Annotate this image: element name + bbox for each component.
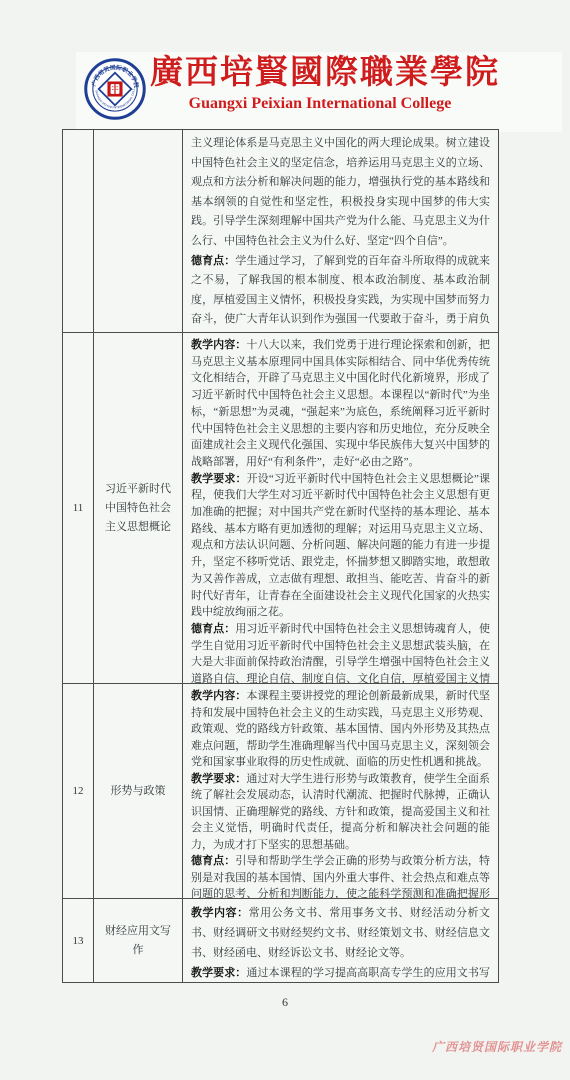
paragraph-label: 教学要求：: [191, 473, 247, 485]
course-description-cell: 教学内容：十八大以来，我们党勇于进行理论探索和创新，把马克思主义基本原理同中国具…: [183, 333, 498, 683]
paragraph-label: 教学要求：: [191, 773, 246, 785]
table-row-13: 13 财经应用文写作 教学内容：常用公务文书、常用事务文书、财经活动分析文书、财…: [63, 898, 498, 982]
course-number-cell: [63, 130, 94, 332]
course-name-cell: 形势与政策: [94, 684, 183, 898]
description-paragraph: 教学要求：开设“习近平新时代中国特色社会主义思想概论”课程，使我们大学生对习近平…: [191, 471, 490, 621]
course-description-cell: 教学内容：本课程主要讲授党的理论创新最新成果，新时代坚持和发展中国特色社会主义的…: [183, 684, 498, 898]
college-title-chinese: 廣西培賢國際職業學院: [150, 52, 490, 94]
description-paragraph: 主义理论体系是马克思主义中国化的两大理论成果。树立建设中国特色社会主义的坚定信念…: [191, 134, 490, 252]
college-logo: 广西培贤国际职业学院 GUANGXI PEIXIAN INTERNATIONAL…: [84, 52, 146, 126]
paragraph-label: 德育点：: [191, 255, 235, 267]
page-number: 6: [0, 995, 570, 1010]
footer-watermark: 广西培贤国际职业学院: [362, 1038, 562, 1055]
college-title-english: Guangxi Peixian International College: [150, 94, 490, 114]
course-name-cell: 财经应用文写作: [94, 899, 183, 982]
table-row-11: 11 习近平新时代中国特色社会主义思想概论 教学内容：十八大以来，我们党勇于进行…: [63, 332, 498, 683]
description-paragraph: 教学内容：本课程主要讲授党的理论创新最新成果，新时代坚持和发展中国特色社会主义的…: [191, 688, 490, 771]
paragraph-text: 学生通过学习，了解到党的百年奋斗所取得的成就来之不易，了解我国的根本制度、根本政…: [191, 255, 490, 332]
description-paragraph: 教学内容：常用公务文书、常用事务文书、财经活动分析文书、财经调研文书财经契约文书…: [191, 903, 490, 963]
course-table: 主义理论体系是马克思主义中国化的两大理论成果。树立建设中国特色社会主义的坚定信念…: [62, 129, 499, 983]
course-number-cell: 12: [63, 684, 94, 898]
paragraph-label: 德育点：: [191, 623, 235, 635]
document-page: 广西培贤国际职业学院 GUANGXI PEIXIAN INTERNATIONAL…: [0, 0, 570, 1080]
paragraph-label: 德育点：: [191, 855, 235, 867]
course-number-cell: 13: [63, 899, 94, 982]
paragraph-text: 用习近平新时代中国特色社会主义思想铸魂育人，使学生自觉用习近平新时代中国特色社会…: [191, 623, 490, 683]
paragraph-label: 教学要求：: [191, 967, 246, 979]
description-paragraph: 德育点：用习近平新时代中国特色社会主义思想铸魂育人，使学生自觉用习近平新时代中国…: [191, 621, 490, 683]
paragraph-label: 教学内容：: [191, 907, 249, 919]
description-paragraph: 教学要求：通过对大学生进行形势与政策教育，使学生全面系统了解社会发展动态，认清时…: [191, 771, 490, 854]
paragraph-label: 教学内容：: [191, 690, 246, 702]
course-name-cell: 习近平新时代中国特色社会主义思想概论: [94, 333, 183, 683]
course-description-cell: 主义理论体系是马克思主义中国化的两大理论成果。树立建设中国特色社会主义的坚定信念…: [183, 130, 498, 332]
paragraph-text: 十八大以来，我们党勇于进行理论探索和创新，把马克思主义基本原理同中国具体实际相结…: [191, 339, 490, 468]
description-paragraph: 教学要求：通过本课程的学习提高高职高专学生的应用文书写作能力，促: [191, 963, 490, 982]
course-name-cell: [94, 130, 183, 332]
paragraph-label: 教学内容：: [191, 339, 246, 351]
description-paragraph: 德育点：学生通过学习，了解到党的百年奋斗所取得的成就来之不易，了解我国的根本制度…: [191, 252, 490, 332]
paragraph-text: 引导和帮助学生学会正确的形势与政策分析方法，特别是对我国的基本国情、国内外重大事…: [191, 855, 490, 898]
course-description-cell: 教学内容：常用公务文书、常用事务文书、财经活动分析文书、财经调研文书财经契约文书…: [183, 899, 498, 982]
college-seal-icon: 广西培贤国际职业学院 GUANGXI PEIXIAN INTERNATIONAL…: [84, 52, 146, 126]
letterhead: 廣西培賢國際職業學院 Guangxi Peixian International…: [150, 52, 490, 114]
paragraph-text: 开设“习近平新时代中国特色社会主义思想概论”课程，使我们大学生对习近平新时代中国…: [191, 473, 490, 619]
table-row-12: 12 形势与政策 教学内容：本课程主要讲授党的理论创新最新成果，新时代坚持和发展…: [63, 683, 498, 898]
paragraph-text: 主义理论体系是马克思主义中国化的两大理论成果。树立建设中国特色社会主义的坚定信念…: [191, 137, 490, 247]
course-number-cell: 11: [63, 333, 94, 683]
table-row-continuation: 主义理论体系是马克思主义中国化的两大理论成果。树立建设中国特色社会主义的坚定信念…: [63, 130, 498, 332]
description-paragraph: 教学内容：十八大以来，我们党勇于进行理论探索和创新，把马克思主义基本原理同中国具…: [191, 337, 490, 471]
description-paragraph: 德育点：引导和帮助学生学会正确的形势与政策分析方法，特别是对我国的基本国情、国内…: [191, 853, 490, 898]
